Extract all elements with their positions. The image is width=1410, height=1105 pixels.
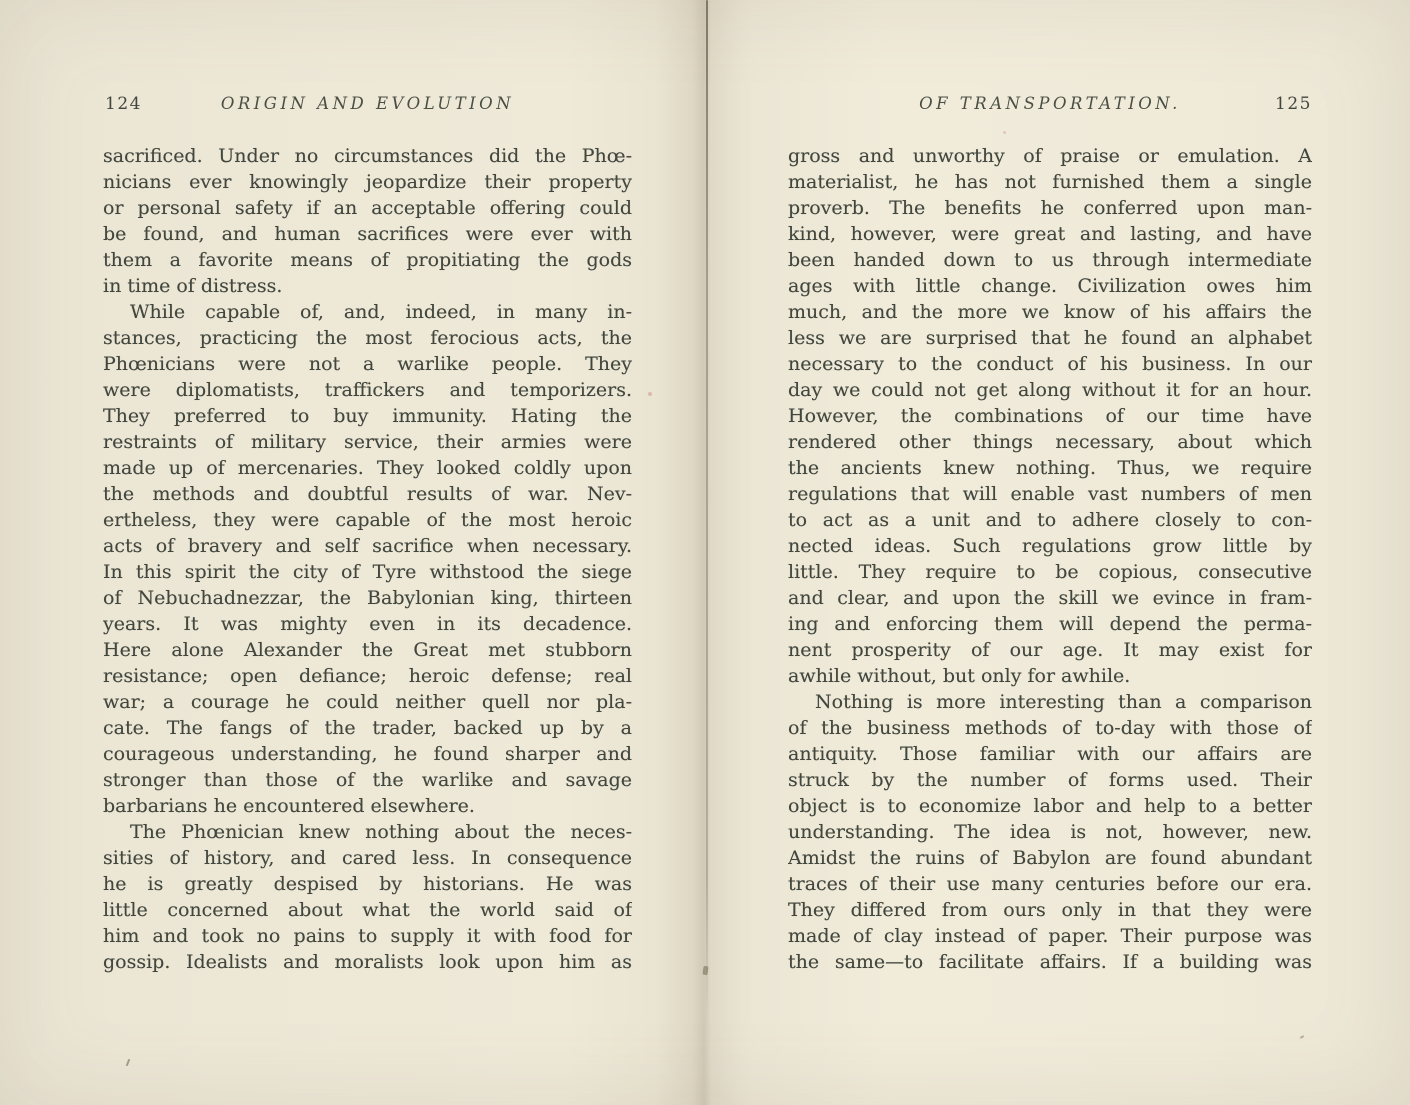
- text-line: Phœnicians were not a warlike people. Th…: [103, 351, 632, 377]
- text-line: ertheless, they were capable of the most…: [103, 507, 632, 533]
- text-line: gross and unworthy of praise or emulatio…: [788, 143, 1312, 169]
- text-line: little. They require to be copious, cons…: [788, 559, 1312, 585]
- text-line: nicians ever knowingly jeopardize their …: [103, 169, 632, 195]
- text-line: traces of their use many centuries befor…: [788, 871, 1312, 897]
- book-gutter-shadow: [655, 0, 755, 1105]
- text-line: the methods and doubtful results of war.…: [103, 481, 632, 507]
- text-line: object is to economize labor and help to…: [788, 793, 1312, 819]
- text-line: him and took no pains to supply it with …: [103, 923, 632, 949]
- text-line: much, and the more we know of his affair…: [788, 299, 1312, 325]
- text-line: necessary to the conduct of his business…: [788, 351, 1312, 377]
- text-line: Amidst the ruins of Babylon are found ab…: [788, 845, 1312, 871]
- text-line: made of clay instead of paper. Their pur…: [788, 923, 1312, 949]
- text-line: ages with little change. Civilization ow…: [788, 273, 1312, 299]
- page-number-right: 125: [1275, 94, 1312, 114]
- text-line: day we could not get along without it fo…: [788, 377, 1312, 403]
- book-scan-spread: 124 ORIGIN AND EVOLUTION sacrificed. Und…: [0, 0, 1410, 1105]
- text-line: ing and enforcing them will depend the p…: [788, 611, 1312, 637]
- text-line: Nothing is more interesting than a compa…: [788, 689, 1312, 715]
- text-line: made up of mercenaries. They looked cold…: [103, 455, 632, 481]
- text-line: In this spirit the city of Tyre withstoo…: [103, 559, 632, 585]
- text-line: he is greatly despised by historians. He…: [103, 871, 632, 897]
- paragraph: gross and unworthy of praise or emulatio…: [788, 143, 1312, 689]
- paragraph: The Phœnician knew nothing about the nec…: [103, 819, 632, 975]
- page-body-left: sacrificed. Under no circumstances did t…: [103, 143, 632, 975]
- text-line: and clear, and upon the skill we evince …: [788, 585, 1312, 611]
- text-line: cate. The fangs of the trader, backed up…: [103, 715, 632, 741]
- text-line: understanding. The idea is not, however,…: [788, 819, 1312, 845]
- page-right: OF TRANSPORTATION. 125 gross and unworth…: [788, 94, 1312, 975]
- text-line: been handed down to us through intermedi…: [788, 247, 1312, 273]
- text-line: awhile without, but only for awhile.: [788, 663, 1312, 689]
- text-line: courageous understanding, he found sharp…: [103, 741, 632, 767]
- text-line: less we are surprised that he found an a…: [788, 325, 1312, 351]
- text-line: resistance; open defiance; heroic defens…: [103, 663, 632, 689]
- paragraph: Nothing is more interesting than a compa…: [788, 689, 1312, 975]
- text-line: gossip. Idealists and moralists look upo…: [103, 949, 632, 975]
- text-line: of the business methods of to-day with t…: [788, 715, 1312, 741]
- running-title-right: OF TRANSPORTATION.: [788, 94, 1312, 113]
- text-line: in time of distress.: [103, 273, 632, 299]
- text-line: to act as a unit and to adhere closely t…: [788, 507, 1312, 533]
- text-line: sacrificed. Under no circumstances did t…: [103, 143, 632, 169]
- text-line: Here alone Alexander the Great met stubb…: [103, 637, 632, 663]
- text-line: proverb. The benefits he conferred upon …: [788, 195, 1312, 221]
- text-line: The Phœnician knew nothing about the nec…: [103, 819, 632, 845]
- text-line: them a favorite means of propitiating th…: [103, 247, 632, 273]
- text-line: kind, however, were great and lasting, a…: [788, 221, 1312, 247]
- running-header-left: 124 ORIGIN AND EVOLUTION: [103, 94, 632, 116]
- text-line: years. It was mighty even in its decaden…: [103, 611, 632, 637]
- text-line: rendered other things necessary, about w…: [788, 429, 1312, 455]
- text-line: antiquity. Those familiar with our affai…: [788, 741, 1312, 767]
- book-fold-line: [706, 0, 708, 1015]
- text-line: stronger than those of the warlike and s…: [103, 767, 632, 793]
- text-line: the ancients knew nothing. Thus, we requ…: [788, 455, 1312, 481]
- running-title-left: ORIGIN AND EVOLUTION: [103, 94, 632, 113]
- text-line: or personal safety if an acceptable offe…: [103, 195, 632, 221]
- text-line: nected ideas. Such regulations grow litt…: [788, 533, 1312, 559]
- text-line: of Nebuchadnezzar, the Babylonian king, …: [103, 585, 632, 611]
- text-line: nent prosperity of our age. It may exist…: [788, 637, 1312, 663]
- text-line: war; a courage he could neither quell no…: [103, 689, 632, 715]
- scan-speck: [648, 392, 652, 396]
- text-line: restraints of military service, their ar…: [103, 429, 632, 455]
- text-line: little concerned about what the world sa…: [103, 897, 632, 923]
- text-line: struck by the number of forms used. Thei…: [788, 767, 1312, 793]
- page-left: 124 ORIGIN AND EVOLUTION sacrificed. Und…: [103, 94, 632, 975]
- text-line: However, the combinations of our time ha…: [788, 403, 1312, 429]
- text-line: acts of bravery and self sacrifice when …: [103, 533, 632, 559]
- scan-speck: [1300, 1035, 1304, 1039]
- page-number-left: 124: [105, 94, 142, 114]
- text-line: regulations that will enable vast number…: [788, 481, 1312, 507]
- running-header-right: OF TRANSPORTATION. 125: [788, 94, 1312, 116]
- text-line: sities of history, and cared less. In co…: [103, 845, 632, 871]
- paragraph: sacrificed. Under no circumstances did t…: [103, 143, 632, 299]
- scan-speck: [126, 1059, 130, 1066]
- text-line: They preferred to buy immunity. Hating t…: [103, 403, 632, 429]
- text-line: the same—to facilitate affairs. If a bui…: [788, 949, 1312, 975]
- page-body-right: gross and unworthy of praise or emulatio…: [788, 143, 1312, 975]
- text-line: barbarians he encountered elsewhere.: [103, 793, 632, 819]
- paragraph: While capable of, and, indeed, in many i…: [103, 299, 632, 819]
- text-line: They differed from ours only in that the…: [788, 897, 1312, 923]
- text-line: While capable of, and, indeed, in many i…: [103, 299, 632, 325]
- text-line: stances, practicing the most ferocious a…: [103, 325, 632, 351]
- text-line: be found, and human sacrifices were ever…: [103, 221, 632, 247]
- text-line: were diplomatists, traffickers and tempo…: [103, 377, 632, 403]
- text-line: materialist, he has not furnished them a…: [788, 169, 1312, 195]
